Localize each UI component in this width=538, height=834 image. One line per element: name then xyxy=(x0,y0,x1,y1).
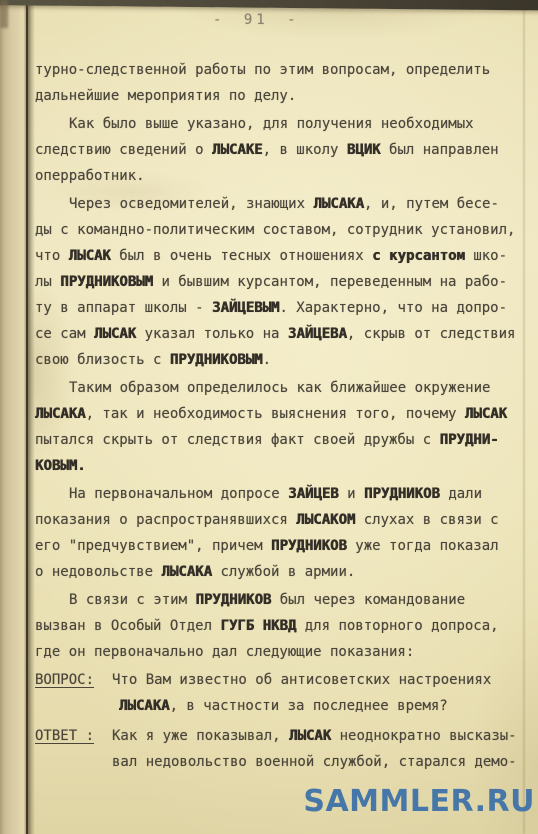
text-line: вызван в Особый Отдел ГУГБ НКВД для повт… xyxy=(35,613,534,639)
text-segment: вал недовольство военной службой, старал… xyxy=(112,754,517,770)
text-segment: , так и необходимость выяснения того, по… xyxy=(86,406,465,422)
emphasized-name: ЛЫСАК xyxy=(465,406,507,422)
text-line: ЛЫСАКА, так и необходимость выяснения то… xyxy=(35,401,534,427)
emphasized-name: ГУГБ НКВД xyxy=(220,618,296,634)
text-line: ОТВЕТ :Как я уже показывал, ЛЫСАК неодно… xyxy=(35,723,534,749)
text-segment: шко- xyxy=(465,248,507,264)
emphasized-name: ЛЫСАКА xyxy=(35,406,86,422)
emphasized-name: ПРУДНИКОВ xyxy=(364,486,440,502)
text-line: КОВЫМ. xyxy=(35,453,534,479)
text-segment: указал только на xyxy=(136,326,288,342)
text-segment: о недовольстве xyxy=(35,564,161,580)
text-line: лы ПРУДНИКОВЫМ и бывшим курсантом, перев… xyxy=(35,269,534,295)
watermark: SAMMLER.RU xyxy=(303,784,535,819)
text-segment: что xyxy=(35,248,69,264)
emphasized-name: ЛЫСАКА xyxy=(161,564,212,580)
emphasized-name: ЗАЙЦЕВ xyxy=(288,486,339,502)
typewritten-text: турно-следственной работы по этим вопрос… xyxy=(35,57,534,775)
text-segment: лы xyxy=(35,274,60,290)
text-segment: был направлен xyxy=(381,142,499,158)
text-segment: . Характерно, что на допро- xyxy=(279,300,507,316)
text-line: Таким образом определилось как ближайшее… xyxy=(35,375,534,401)
text-segment: неоднократно высказы- xyxy=(331,728,516,744)
text-segment: турно-следственной работы по этим вопрос… xyxy=(35,62,490,78)
text-line: ды с командно-политическим составом, сот… xyxy=(35,217,534,243)
text-segment: се сам xyxy=(35,326,94,342)
text-segment: слухах в связи с xyxy=(355,512,498,528)
emphasized-name: ПРУДНИ- xyxy=(440,432,499,448)
emphasized-name: ПРУДНИКОВ xyxy=(195,592,271,608)
text-segment: вызван в Особый Отдел xyxy=(35,618,220,634)
text-segment: оперработник. xyxy=(35,168,145,184)
gutter-shadow xyxy=(24,0,35,834)
text-segment: Таким образом определилось как ближайшее… xyxy=(69,380,490,396)
scan-corner-shadow xyxy=(0,0,8,28)
text-segment: , в школу xyxy=(263,142,347,158)
text-segment: . xyxy=(263,352,271,368)
text-segment: его "предчувствием", причем xyxy=(35,538,271,554)
text-segment: свою близость с xyxy=(35,352,170,368)
emphasized-name: ЛЫСАКА xyxy=(119,698,170,714)
emphasized-name: ЛЫСАКА xyxy=(313,196,364,212)
text-line: его "предчувствием", причем ПРУДНИКОВ уж… xyxy=(35,533,534,559)
text-segment: службой в армии. xyxy=(212,564,355,580)
text-segment: для повторного допроса, xyxy=(296,618,498,634)
text-line: Как было выше указано, для получения нео… xyxy=(35,111,534,137)
text-segment: и xyxy=(339,486,364,502)
text-segment: дальнейшие мероприятия по делу. xyxy=(35,88,296,104)
text-line: где он первоначально дал следующие показ… xyxy=(35,639,534,665)
emphasized-name: ЗАЙЦЕВА xyxy=(288,326,347,342)
text-segment: и бывшим курсантом, переведенным на рабо… xyxy=(153,274,507,290)
emphasized-name: ЗАЙЦЕВЫМ xyxy=(212,300,279,316)
qa-label: ОТВЕТ : xyxy=(35,723,94,749)
text-line: следствию сведений о ЛЫСАКЕ, в школу ВЦИ… xyxy=(35,137,534,163)
emphasized-name: ПРУДНИКОВЫМ xyxy=(60,274,153,290)
text-segment: , и, путем бесе- xyxy=(364,196,499,212)
emphasized-name: ПРУДНИКОВЫМ xyxy=(170,352,263,368)
emphasized-name: ЛЫСАКОМ xyxy=(296,512,355,528)
text-line: На первоначальном допросе ЗАЙЦЕВ и ПРУДН… xyxy=(35,481,534,507)
text-line: ту в аппарат школы - ЗАЙЦЕВЫМ. Характерн… xyxy=(35,295,534,321)
text-segment: В связи с этим xyxy=(69,592,195,608)
text-line: се сам ЛЫСАК указал только на ЗАЙЦЕВА, с… xyxy=(35,321,534,347)
emphasized-name: с курсантом xyxy=(372,248,465,264)
text-line: ЛЫСАКА, в частности за последнее время? xyxy=(35,693,534,719)
text-segment: Через осведомителей, знающих xyxy=(69,196,313,212)
text-line: Через осведомителей, знающих ЛЫСАКА, и, … xyxy=(35,191,534,217)
text-segment: , в частности за последнее время? xyxy=(170,698,448,714)
text-line: В связи с этим ПРУДНИКОВ был через коман… xyxy=(35,587,534,613)
text-segment: следствию сведений о xyxy=(35,142,212,158)
text-segment: показания о распространявшихся xyxy=(35,512,296,528)
text-line: что ЛЫСАК был в очень тесных отношениях … xyxy=(35,243,534,269)
text-segment: , скрыв от следствия xyxy=(347,326,516,342)
page-number: - 91 - xyxy=(213,12,300,28)
emphasized-name: ВЦИК xyxy=(347,142,381,158)
text-line: ВОПРОС:Что Вам известно об антисоветских… xyxy=(35,667,534,693)
emphasized-name: ПРУДНИКОВ xyxy=(271,538,347,554)
text-segment: где он первоначально дал следующие показ… xyxy=(35,644,414,660)
emphasized-name: ЛЫСАК xyxy=(289,728,331,744)
text-line: вал недовольство военной службой, старал… xyxy=(35,749,534,775)
text-line: дальнейшие мероприятия по делу. xyxy=(35,83,534,109)
text-segment: Что Вам известно об антисоветских настро… xyxy=(112,672,491,688)
text-segment: был в очень тесных отношениях xyxy=(111,248,372,264)
qa-label: ВОПРОС: xyxy=(35,667,94,693)
text-line: оперработник. xyxy=(35,163,534,189)
text-segment: Как я уже показывал, xyxy=(112,728,289,744)
emphasized-name: ЛЫСАК xyxy=(94,326,136,342)
text-line: о недовольстве ЛЫСАКА службой в армии. xyxy=(35,559,534,585)
emphasized-name: КОВЫМ. xyxy=(35,458,86,474)
text-segment: уже тогда показал xyxy=(347,538,499,554)
text-line: пытался скрыть от следствия факт своей д… xyxy=(35,427,534,453)
text-line: показания о распространявшихся ЛЫСАКОМ с… xyxy=(35,507,534,533)
text-segment: пытался скрыть от следствия факт своей д… xyxy=(35,432,440,448)
scanned-document-page: - 91 - турно-следственной работы по этим… xyxy=(0,0,538,834)
text-segment: На первоначальном допросе xyxy=(69,486,288,502)
text-line: свою близость с ПРУДНИКОВЫМ. xyxy=(35,347,534,373)
emphasized-name: ЛЫСАКЕ xyxy=(212,142,263,158)
text-segment: дали xyxy=(440,486,482,502)
text-segment: был через командование xyxy=(271,592,465,608)
text-segment: Как было выше указано, для получения нео… xyxy=(69,116,474,132)
text-segment: ту в аппарат школы - xyxy=(35,300,212,316)
emphasized-name: ЛЫСАК xyxy=(69,248,111,264)
book-gutter-page-edge xyxy=(0,2,26,834)
text-line: турно-следственной работы по этим вопрос… xyxy=(35,57,534,83)
text-segment: ды с командно-политическим составом, сот… xyxy=(35,222,515,238)
